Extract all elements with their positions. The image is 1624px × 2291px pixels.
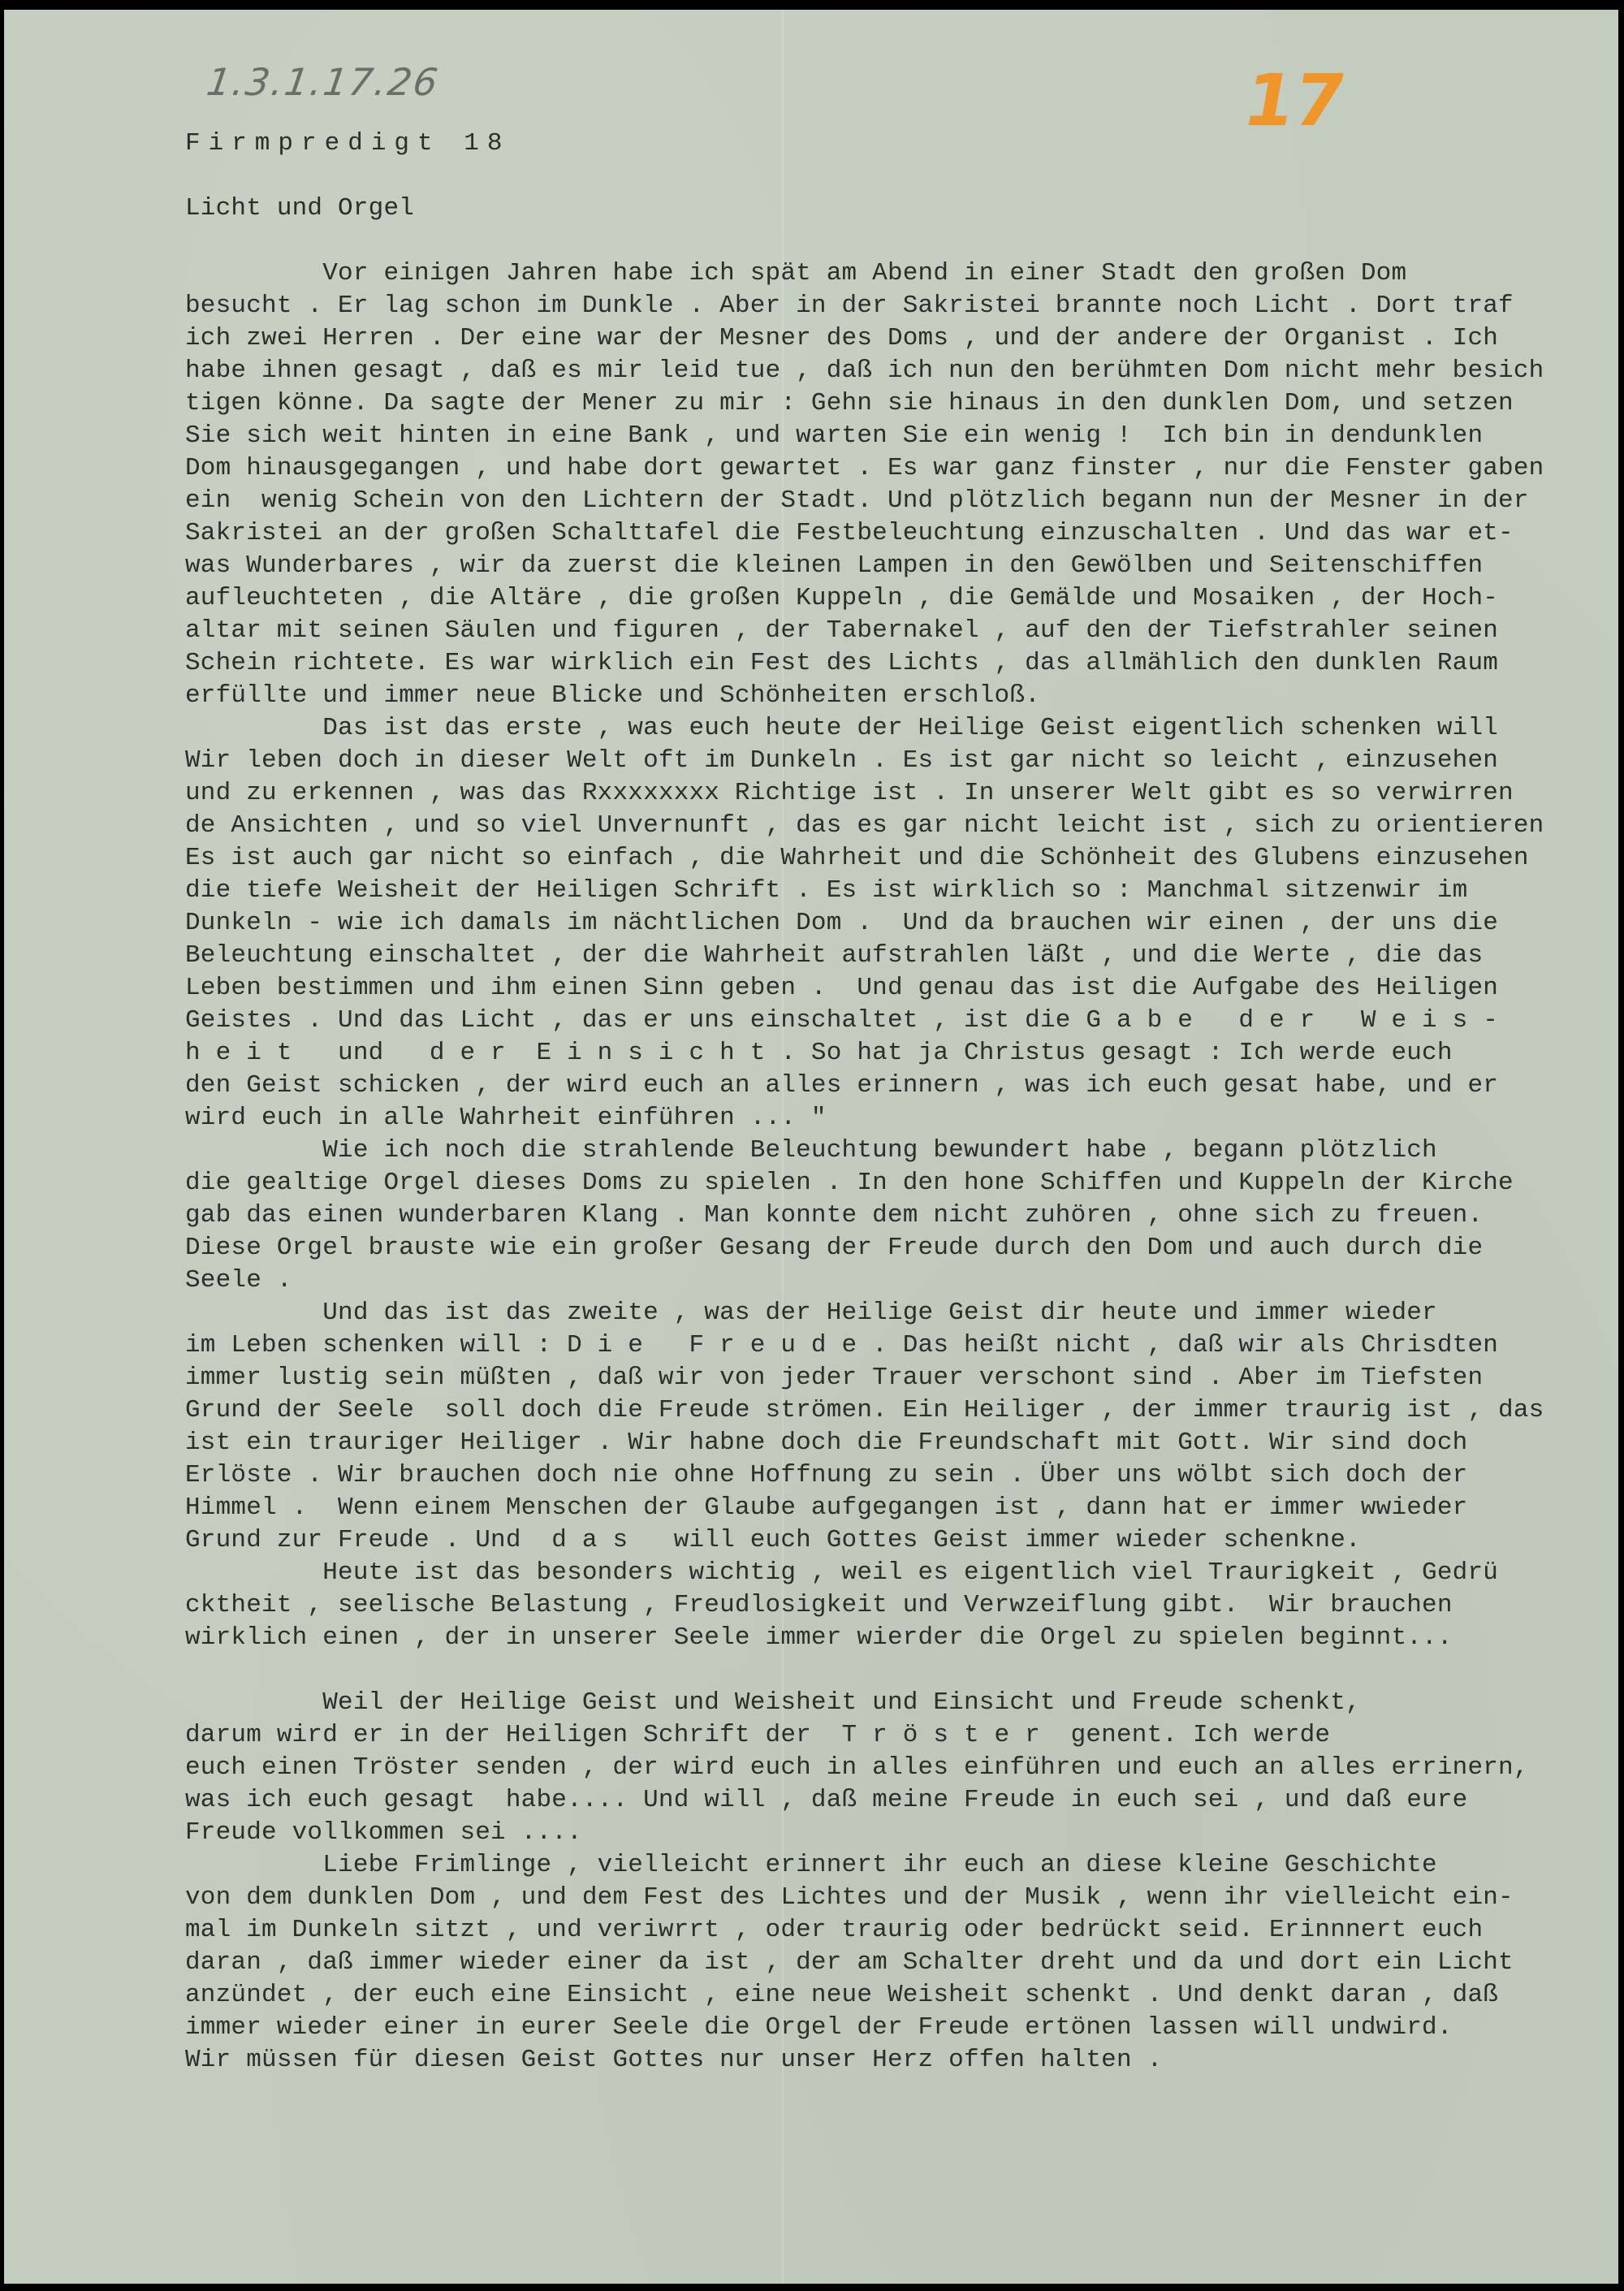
text-line: was ich euch gesagt habe.... Und will , … <box>185 1784 1622 1817</box>
text-line: Sie sich weit hinten in eine Bank , und … <box>185 420 1622 452</box>
text-line: darum wird er in der Heiligen Schrift de… <box>185 1719 1622 1752</box>
text-line: altar mit seinen Säulen und figuren , de… <box>185 615 1622 647</box>
text-line: wirklich einen , der in unserer Seele im… <box>185 1622 1622 1654</box>
document-title: Firmpredigt 18 <box>185 128 1622 160</box>
archive-number-annotation: 1.3.1.17.26 <box>204 60 442 104</box>
text-line: wird euch in alle Wahrheit einführen ...… <box>185 1102 1622 1135</box>
text-line: den Geist schicken , der wird euch an al… <box>185 1070 1622 1102</box>
text-line: Wir leben doch in dieser Welt oft im Dun… <box>185 745 1622 777</box>
text-line: besucht . Er lag schon im Dunkle . Aber … <box>185 290 1622 322</box>
text-line: Himmel . Wenn einem Menschen der Glaube … <box>185 1492 1622 1524</box>
text-line: Grund der Seele soll doch die Freude str… <box>185 1394 1622 1427</box>
text-line: ich zwei Herren . Der eine war der Mesne… <box>185 322 1622 355</box>
text-line: Das ist das erste , was euch heute der H… <box>185 712 1622 745</box>
text-line: immer wieder einer in eurer Seele die Or… <box>185 2012 1622 2044</box>
text-line: gab das einen wunderbaren Klang . Man ko… <box>185 1200 1622 1232</box>
sermon-body: Vor einigen Jahren habe ich spät am Aben… <box>185 257 1622 2077</box>
text-line: anzündet , der euch eine Einsicht , eine… <box>185 1979 1622 2012</box>
text-line: habe ihnen gesagt , daß es mir leid tue … <box>185 355 1622 387</box>
text-line: aufleuchteten , die Altäre , die großen … <box>185 582 1622 615</box>
text-line: Dunkeln - wie ich damals im nächtlichen … <box>185 907 1622 940</box>
text-line: erfüllte und immer neue Blicke und Schön… <box>185 680 1622 712</box>
text-line: im Leben schenken will : D i e F r e u d… <box>185 1329 1622 1362</box>
text-line: und zu erkennen , was das Rxxxxxxxx Rich… <box>185 777 1622 810</box>
text-line: Wir müssen für diesen Geist Gottes nur u… <box>185 2044 1622 2077</box>
text-line: Weil der Heilige Geist und Weisheit und … <box>185 1687 1622 1719</box>
text-line: daran , daß immer wieder einer da ist , … <box>185 1947 1622 1979</box>
text-line: Seele . <box>185 1264 1622 1297</box>
text-line: Sakristei an der großen Schalttafel die … <box>185 517 1622 550</box>
text-line: die gealtige Orgel dieses Doms zu spiele… <box>185 1167 1622 1200</box>
text-line: de Ansichten , und so viel Unvernunft , … <box>185 810 1622 842</box>
text-line: Heute ist das besonders wichtig , weil e… <box>185 1557 1622 1589</box>
text-line: Es ist auch gar nicht so einfach , die W… <box>185 842 1622 875</box>
text-line: Wie ich noch die strahlende Beleuchtung … <box>185 1135 1622 1167</box>
text-line: Erlöste . Wir brauchen doch nie ohne Hof… <box>185 1459 1622 1492</box>
text-line: Beleuchtung einschaltet , der die Wahrhe… <box>185 940 1622 972</box>
text-line: Schein richtete. Es war wirklich ein Fes… <box>185 647 1622 680</box>
text-line: Diese Orgel brauste wie ein großer Gesan… <box>185 1232 1622 1264</box>
text-line: ein wenig Schein von den Lichtern der St… <box>185 485 1622 517</box>
text-line: von dem dunklen Dom , und dem Fest des L… <box>185 1882 1622 1914</box>
text-line: h e i t und d e r E i n s i c h t . So h… <box>185 1037 1622 1070</box>
text-line: euch einen Tröster senden , der wird euc… <box>185 1752 1622 1784</box>
text-line: mal im Dunkeln sitzt , und veriwrrt , od… <box>185 1914 1622 1947</box>
text-line: Liebe Frimlinge , vielleicht erinnert ih… <box>185 1849 1622 1882</box>
text-line: was Wunderbares , wir da zuerst die klei… <box>185 550 1622 582</box>
text-line: Vor einigen Jahren habe ich spät am Aben… <box>185 257 1622 290</box>
document-subtitle: Licht und Orgel <box>185 192 1622 225</box>
text-line <box>185 1654 1622 1687</box>
text-line: ist ein trauriger Heiliger . Wir habne d… <box>185 1427 1622 1459</box>
text-line: cktheit , seelische Belastung , Freudlos… <box>185 1589 1622 1622</box>
text-line: Leben bestimmen und ihm einen Sinn geben… <box>185 972 1622 1005</box>
text-line: Geistes . Und das Licht , das er uns ein… <box>185 1005 1622 1037</box>
text-line: immer lustig sein müßten , daß wir von j… <box>185 1362 1622 1394</box>
text-line: die tiefe Weisheit der Heiligen Schrift … <box>185 875 1622 907</box>
text-line: tigen könne. Da sagte der Mener zu mir :… <box>185 387 1622 420</box>
text-line: Freude vollkommen sei .... <box>185 1817 1622 1849</box>
text-line: Grund zur Freude . Und d a s will euch G… <box>185 1524 1622 1557</box>
text-line: Dom hinausgegangen , und habe dort gewar… <box>185 452 1622 485</box>
text-line: Und das ist das zweite , was der Heilige… <box>185 1297 1622 1329</box>
